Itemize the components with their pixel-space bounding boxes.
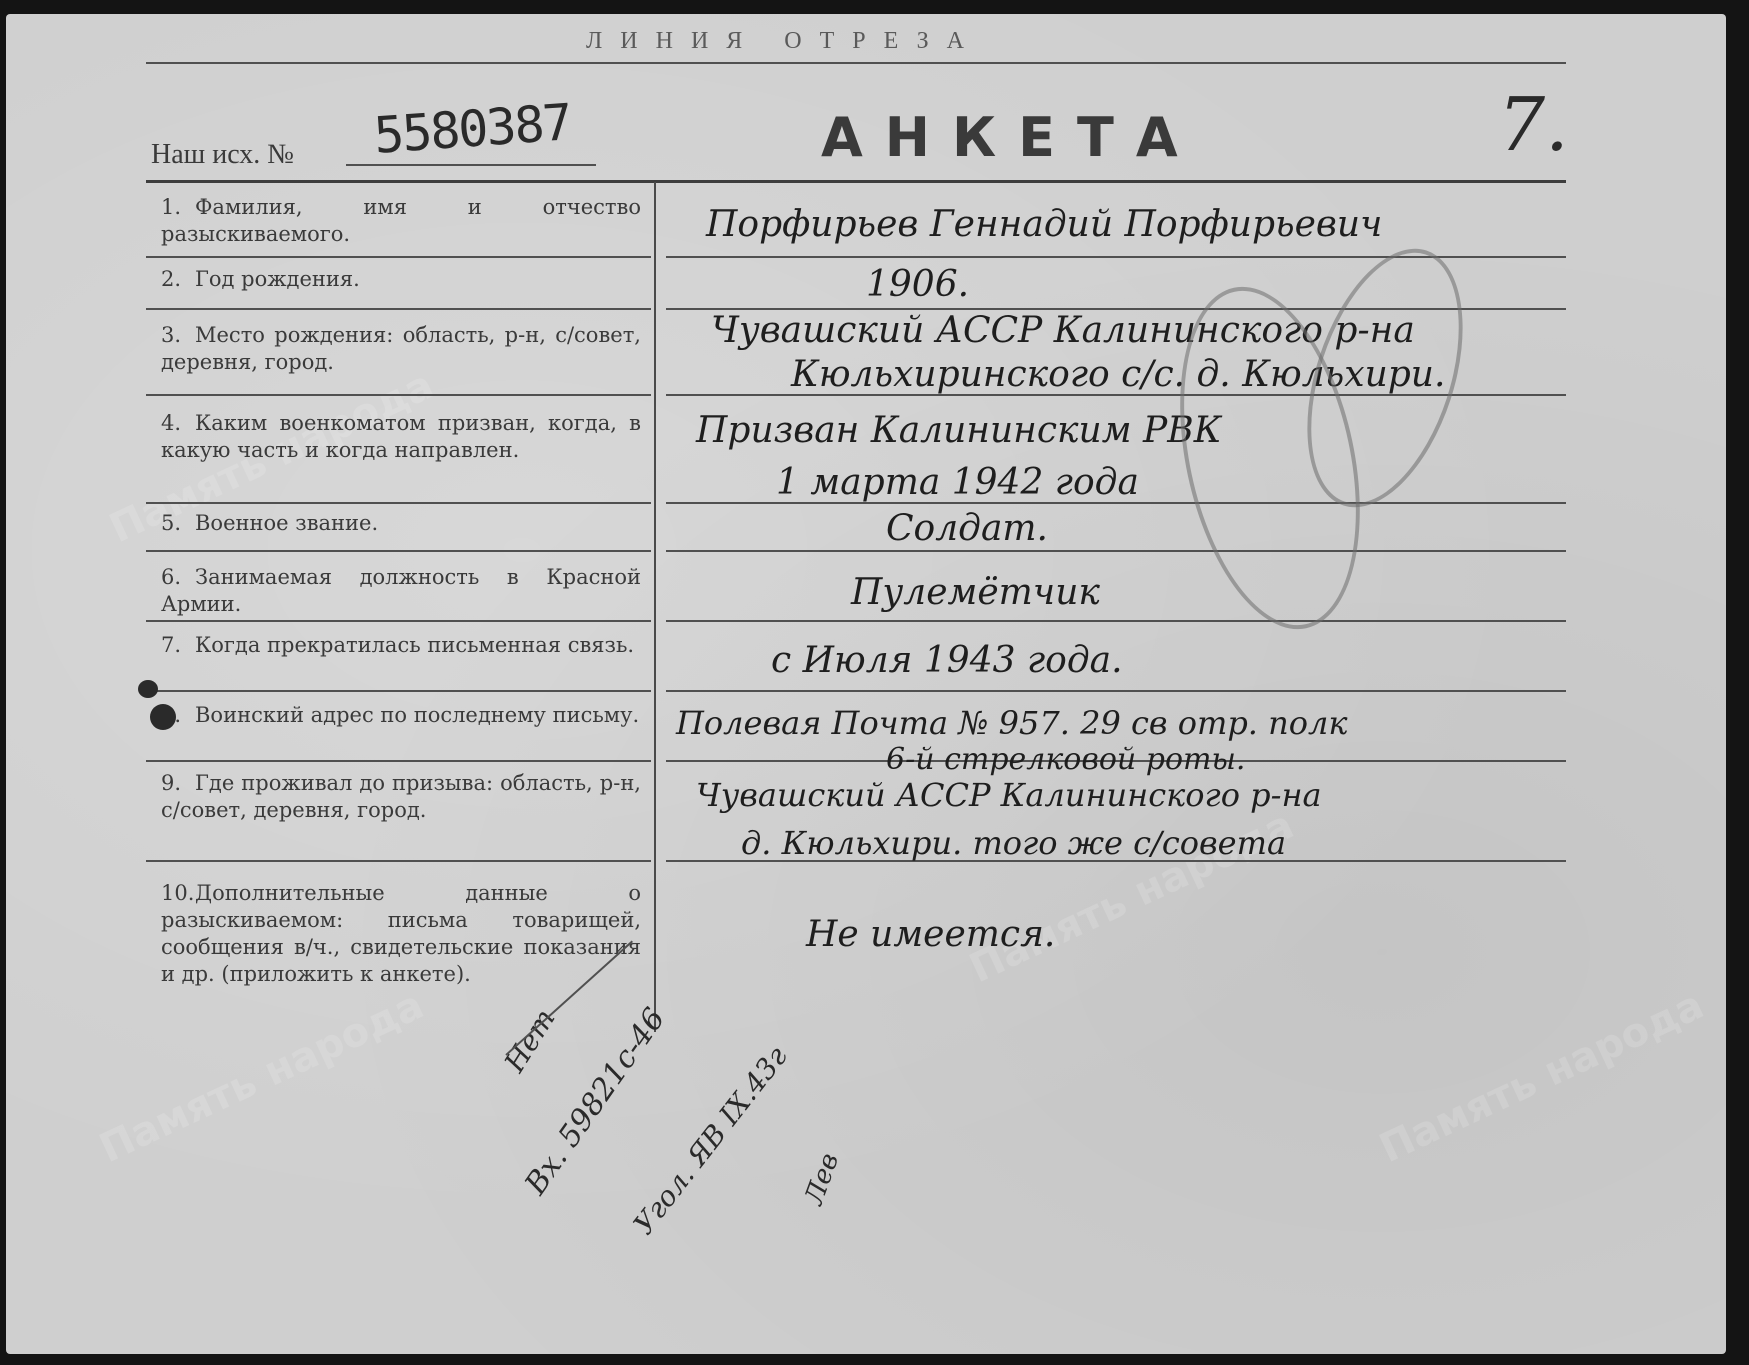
row-rule xyxy=(146,860,651,862)
header-rule xyxy=(146,180,1566,183)
answer-4-line1: Призван Калининским РВК xyxy=(696,410,1222,451)
row-rule xyxy=(146,690,651,692)
question-6: 6.Занимаемая должность в Красной Армии. xyxy=(161,564,641,618)
answer-9-line2: д. Кюльхири. того же с/совета xyxy=(741,824,1286,862)
answer-line xyxy=(666,690,1566,692)
column-divider xyxy=(654,182,656,1032)
row-rule xyxy=(146,502,651,504)
answer-9-line1: Чувашский АССР Калининского р-на xyxy=(696,776,1322,814)
annotation-note: Лев xyxy=(799,1149,845,1208)
outgoing-number-underline xyxy=(346,164,596,166)
answer-1: Порфирьев Геннадий Порфирьевич xyxy=(706,204,1382,245)
answer-8-line2: 6-й стрелковой роты. xyxy=(886,742,1245,777)
answer-5: Солдат. xyxy=(886,508,1048,549)
question-1: 1.Фамилия, имя и отчество разыскиваемого… xyxy=(161,194,641,248)
row-rule xyxy=(146,620,651,622)
answer-2: 1906. xyxy=(866,264,969,305)
row-rule xyxy=(146,760,651,762)
questionnaire-sheet: Память народа Память народа Память народ… xyxy=(6,14,1726,1354)
question-5: 5.Военное звание. xyxy=(161,510,641,537)
ink-blot xyxy=(138,680,158,698)
question-7: 7.Когда прекратилась письменная связь. xyxy=(161,632,641,659)
question-3: 3.Место рождения: область, р-н, с/совет,… xyxy=(161,322,641,376)
answer-10: Не имеется. xyxy=(806,914,1055,955)
question-8: 8.Воинский адрес по последнему письму. xyxy=(161,702,641,729)
answer-7: с Июля 1943 года. xyxy=(771,640,1123,681)
answer-8-line1: Полевая Почта № 957. 29 св отр. полк xyxy=(676,704,1348,742)
annotation-note: Угол. ЯВ IX.43г xyxy=(627,1040,794,1240)
answer-line xyxy=(666,550,1566,552)
row-rule xyxy=(146,308,651,310)
cut-line xyxy=(146,62,1566,64)
row-rule xyxy=(146,394,651,396)
question-10: 10.Дополнительные данные о разыскиваемом… xyxy=(161,880,641,988)
outgoing-number-label: Наш исх. № xyxy=(151,139,294,171)
watermark: Память народа xyxy=(93,982,431,1172)
outgoing-number: 5580387 xyxy=(372,93,572,165)
answer-4-line2: 1 марта 1942 года xyxy=(776,462,1139,503)
document-title: АНКЕТА xyxy=(821,106,1200,169)
row-rule xyxy=(146,256,651,258)
question-4: 4.Каким военкоматом призван, когда, в ка… xyxy=(161,410,641,464)
cut-line-label: ЛИНИЯ ОТРЕЗА xyxy=(586,28,982,55)
answer-6: Пулемётчик xyxy=(851,572,1100,613)
ink-blot xyxy=(150,704,176,730)
row-rule xyxy=(146,550,651,552)
watermark: Память народа xyxy=(1373,982,1711,1172)
question-9: 9.Где проживал до призыва: область, р-н,… xyxy=(161,770,641,824)
answer-line xyxy=(666,620,1566,622)
sheet-number: 7. xyxy=(1498,82,1569,168)
question-2: 2.Год рождения. xyxy=(161,266,641,293)
